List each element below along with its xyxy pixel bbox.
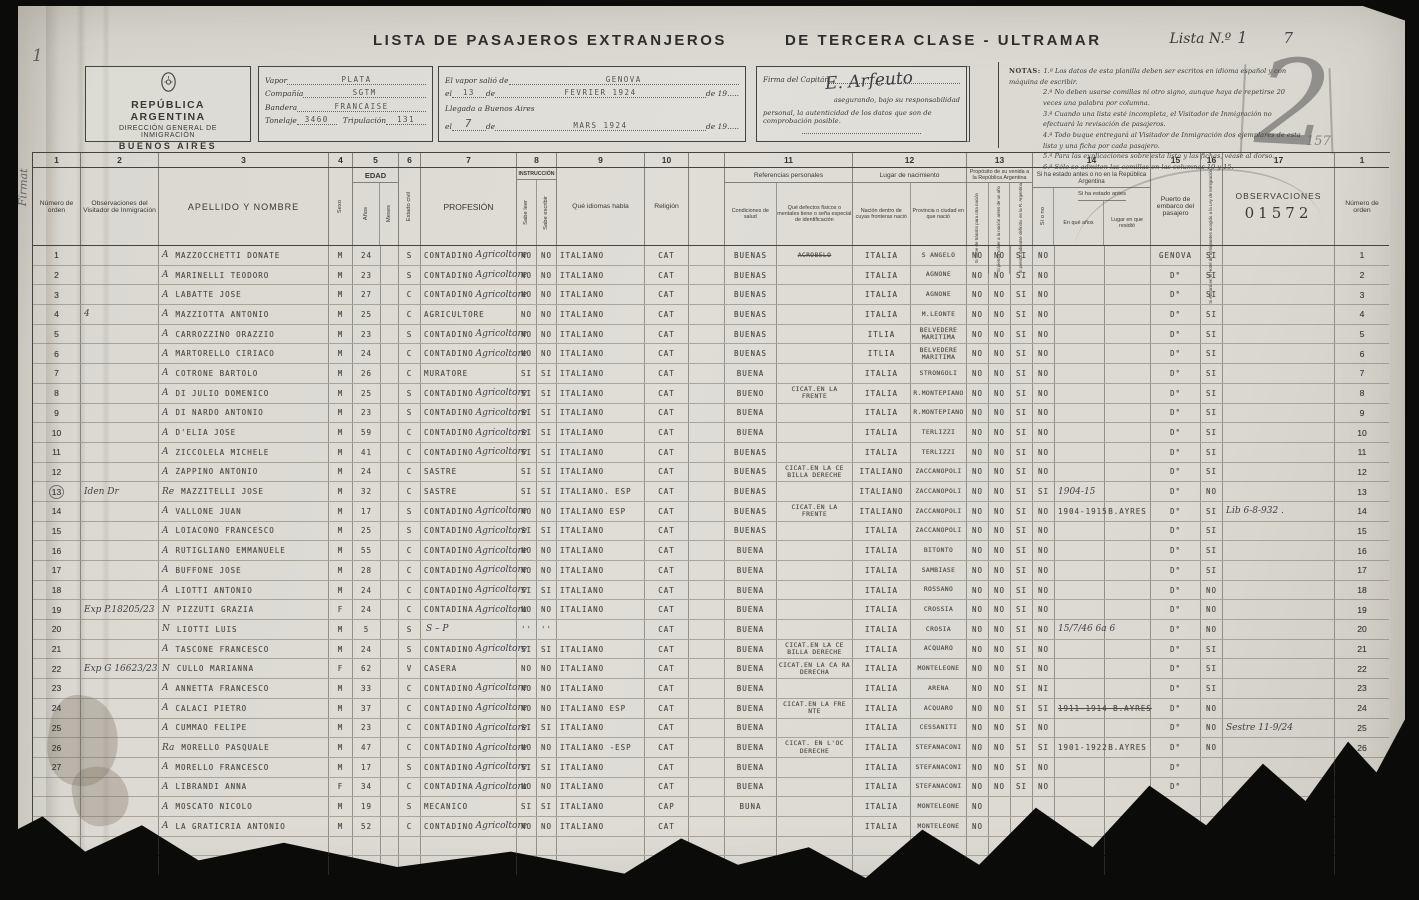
page-title: LISTA DE PASAJEROS EXTRANJEROS DE TERCER… [373, 32, 1102, 49]
cell-order-number-right: 21 [1335, 640, 1389, 659]
cell-can-write: SI [537, 404, 557, 423]
cell-purpose-settle: SI [1011, 384, 1033, 403]
cell-defects [777, 719, 853, 738]
captain-signature-box: Firma del Capitán E. Arfeuto asegurando,… [756, 66, 970, 142]
ship-info-box: VaporPLATA CompañíaSGTM BanderaFRANCAISE… [258, 66, 433, 142]
cell-stay-years: 1901-1922 [1055, 738, 1105, 757]
cell-visitor-observation [81, 620, 159, 639]
cell-health [725, 817, 777, 836]
cell-stayed-before: NO [1033, 620, 1055, 639]
table-row: 5ACARROZZINO ORAZZIOM23SCONTADINOAgricol… [33, 325, 1389, 345]
cell-purpose-settle: SI [1011, 502, 1033, 521]
cell-age-years: 23 [353, 404, 381, 423]
cell-birth-province: STEFANACONI [911, 778, 967, 797]
cell-defects [777, 758, 853, 777]
cell-sex: M [329, 482, 353, 501]
column-number: 3 [159, 153, 329, 167]
cell-order-number-right: 15 [1335, 522, 1389, 541]
table-row: 21ATASCONE FRANCESCOM24SCONTADINOAgricol… [33, 640, 1389, 660]
cell-birth-nation: ITALIA [853, 758, 911, 777]
cell-age-years: 25 [353, 384, 381, 403]
cell-sex: M [329, 620, 353, 639]
cell-embark-port: D° [1151, 699, 1201, 718]
cell-age-years: 41 [353, 443, 381, 462]
cell-order-number: 11 [33, 443, 81, 462]
cell-passenger-name: ADI JULIO DOMENICO [159, 384, 329, 403]
column-number: 10 [645, 153, 689, 167]
cell-stay-years [1055, 384, 1105, 403]
cell-defects [777, 522, 853, 541]
table-row: 15ALOIACONO FRANCESCOM25SCONTADINOAgrico… [33, 522, 1389, 542]
cell-can-write: SI [537, 463, 557, 482]
cell-blank [689, 679, 725, 698]
cell-purpose-settle: SI [1011, 581, 1033, 600]
cell-immigrant-hotel: NO [1201, 600, 1223, 619]
cell-visitor-observation [81, 541, 159, 560]
tripulacion-value: 131 [386, 115, 426, 125]
cell-passenger-name: ADI NARDO ANTONIO [159, 404, 329, 423]
cell-order-number-right: 16 [1335, 541, 1389, 560]
note-line: NOTAS: 1.ª Los datos de esta planilla de… [1009, 66, 1302, 87]
cell-visitor-observation [81, 344, 159, 363]
cell-immigrant-hotel: SI [1201, 541, 1223, 560]
cell-stay-place [1105, 640, 1151, 659]
cell-order-number: 20 [33, 620, 81, 639]
cell-stayed-before: NO [1033, 266, 1055, 285]
cell-birth-province: ZACCANOPOLI [911, 502, 967, 521]
cell-languages: ITALIANO -ESP [557, 738, 645, 757]
cell-passenger-name: NLIOTTI LUIS [159, 620, 329, 639]
cell-age-months [381, 620, 399, 639]
cell-purpose-transit: NO [967, 541, 989, 560]
cell-languages: ITALIANO [557, 797, 645, 816]
cell-visitor-observation [81, 522, 159, 541]
cell-observations [1223, 404, 1335, 423]
header-birth-nation: Nación dentro de cuyas fronteras nació [853, 183, 911, 245]
cell-sex: M [329, 305, 353, 324]
cell-immigrant-hotel: NO [1201, 620, 1223, 639]
cell-purpose-return: NO [989, 364, 1011, 383]
cell-purpose-transit: NO [967, 778, 989, 797]
cell-health: BUENAS [725, 305, 777, 324]
cell-purpose-transit: NO [967, 325, 989, 344]
cell-immigrant-hotel: SI [1201, 423, 1223, 442]
cell-can-write: NO [537, 266, 557, 285]
cell-health: BUENAS [725, 502, 777, 521]
corner-handwritten-mark: 1 [32, 46, 43, 66]
cell-age-years: 62 [353, 659, 381, 678]
cell-purpose-transit: NO [967, 285, 989, 304]
cell-passenger-name: ACUMMAO FELIPE [159, 719, 329, 738]
cell-sex: M [329, 541, 353, 560]
cell-age-months [381, 541, 399, 560]
cell-religion: CAT [645, 738, 689, 757]
header-order-number-right: Número de orden [1335, 168, 1389, 245]
cell-profession: CONTADINAAgricoltora [421, 600, 517, 619]
cell-birth-nation: ITLIA [853, 325, 911, 344]
cell-purpose-transit: NO [967, 482, 989, 501]
cell-purpose-settle: SI [1011, 699, 1033, 718]
cell-profession: CONTADINOAgricoltore [421, 719, 517, 738]
cell-birth-nation: ITALIA [853, 719, 911, 738]
cell-stay-years [1055, 266, 1105, 285]
cell-passenger-name: AMARTORELLO CIRIACO [159, 344, 329, 363]
cell-religion: CAT [645, 522, 689, 541]
header-blank-column [689, 168, 724, 245]
cell-stayed-before: SI [1033, 699, 1055, 718]
departure-month-value: FEVRIER 1924 [495, 88, 706, 98]
cell-stay-years [1055, 600, 1105, 619]
cell-sex: F [329, 778, 353, 797]
cell-observations [1223, 423, 1335, 442]
cell-purpose-settle: SI [1011, 482, 1033, 501]
cell-stayed-before: NO [1033, 502, 1055, 521]
cell-observations [1223, 364, 1335, 383]
cell-civil-status: C [399, 561, 421, 580]
cell-age-months [381, 797, 399, 816]
cell-age-years: 26 [353, 364, 381, 383]
cell-visitor-observation: Iden Dr [81, 482, 159, 501]
cell-can-read: NO [517, 659, 537, 678]
cell-passenger-name: AMORELLO FRANCESCO [159, 758, 329, 777]
cell-order-number: 12 [33, 463, 81, 482]
cell-purpose-transit: NO [967, 620, 989, 639]
cell-embark-port: D° [1151, 305, 1201, 324]
cell-blank [689, 463, 725, 482]
arrival-label: Llegada a Buenos Aires [445, 104, 535, 113]
cell-civil-status: S [399, 246, 421, 265]
table-row: 2AMARINELLI TEODOROM23SCONTADINOAgricolt… [33, 266, 1389, 286]
cell-birth-province: R.MONTEPIANO [911, 404, 967, 423]
cell-languages: ITALIANO [557, 719, 645, 738]
table-body: 1AMAZZOCCHETTI DONATEM24SCONTADINOAgrico… [33, 246, 1390, 876]
cell-health: BUENAS [725, 325, 777, 344]
cell-observations [1223, 679, 1335, 698]
table-row: 8ADI JULIO DOMENICOM25SCONTADINOAgricolt… [33, 384, 1389, 404]
note-item: 2.ª No deben usarse comillas ni otro sig… [1009, 87, 1302, 108]
cell-sex: M [329, 640, 353, 659]
cell-observations: Lib 6-8-932 . [1223, 502, 1335, 521]
cell-stay-years [1055, 758, 1105, 777]
passenger-table: 12345678910111213141516171 Número de ord… [32, 152, 1390, 876]
cell-immigrant-hotel: SI [1201, 522, 1223, 541]
cell-civil-status: S [399, 325, 421, 344]
cell-visitor-observation: 4 [81, 305, 159, 324]
cell-languages: ITALIANO [557, 266, 645, 285]
cell-age-years: 24 [353, 640, 381, 659]
cell-can-write: SI [537, 758, 557, 777]
column-number: 7 [421, 153, 517, 167]
cell-profession: CASERA [421, 659, 517, 678]
cell-purpose-return: NO [989, 659, 1011, 678]
cell-health: BUENA [725, 679, 777, 698]
cell-stay-place [1105, 659, 1151, 678]
cell-stay-years [1055, 561, 1105, 580]
cell-immigrant-hotel: NO [1201, 699, 1223, 718]
cell-purpose-return: NO [989, 443, 1011, 462]
cell-religion: CAT [645, 246, 689, 265]
cell-immigrant-hotel: NO [1201, 738, 1223, 757]
cell-purpose-transit: NO [967, 719, 989, 738]
cell-languages: ITALIANO [557, 443, 645, 462]
cell-blank [689, 384, 725, 403]
table-row: 16ARUTIGLIANO EMMANUELEM55CCONTADINOAgri… [33, 541, 1389, 561]
cell-age-months [381, 581, 399, 600]
margin-handwritten-mark: Firmat [16, 168, 30, 206]
cell-defects [777, 266, 853, 285]
cell-visitor-observation [81, 640, 159, 659]
cell-profession: SASTRE [421, 482, 517, 501]
issuing-agency-box: REPÚBLICA ARGENTINA DIRECCIÓN GENERAL DE… [85, 66, 251, 142]
cell-passenger-name: AZAPPINO ANTONIO [159, 463, 329, 482]
cell-age-months [381, 423, 399, 442]
cell-order-number-right: 4 [1335, 305, 1389, 324]
cell-purpose-transit: NO [967, 305, 989, 324]
cell-languages: ITALIANO [557, 404, 645, 423]
cell-birth-province: R.MONTEPIANO [911, 384, 967, 403]
cell-blank [689, 522, 725, 541]
cell-purpose-transit: NO [967, 522, 989, 541]
cell-embark-port: D° [1151, 423, 1201, 442]
cell-languages: ITALIANO ESP [557, 502, 645, 521]
cell-defects [777, 778, 853, 797]
cell-stayed-before: NO [1033, 246, 1055, 265]
cell-purpose-return [989, 817, 1011, 836]
cell-profession: CONTADINOAgricoltore [421, 404, 517, 423]
cell-purpose-settle: SI [1011, 463, 1033, 482]
cell-purpose-settle: SI [1011, 600, 1033, 619]
cell-age-months [381, 600, 399, 619]
cell-birth-province: MONTELEONE [911, 659, 967, 678]
cell-defects [777, 325, 853, 344]
cell-stay-place [1105, 404, 1151, 423]
cell-civil-status: C [399, 738, 421, 757]
cell-age-months [381, 561, 399, 580]
cell-purpose-settle: SI [1011, 325, 1033, 344]
table-row: 17ABUFFONE JOSEM28CCONTADINOAgricoltoreN… [33, 561, 1389, 581]
cell-order-number-right: 25 [1335, 719, 1389, 738]
cell-can-write: '' [537, 620, 557, 639]
captain-signature-label: Firma del Capitán [763, 75, 829, 84]
cell-passenger-name: RaMORELLO PASQUALE [159, 738, 329, 757]
cell-birth-nation: ITALIA [853, 522, 911, 541]
cell-order-number-right: 10 [1335, 423, 1389, 442]
cell-age-years: 23 [353, 325, 381, 344]
cell-civil-status: C [399, 541, 421, 560]
cell-immigrant-hotel: NO [1201, 719, 1223, 738]
cell-visitor-observation [81, 463, 159, 482]
cell-order-number: 27 [33, 758, 81, 777]
cell-immigrant-hotel: SI [1201, 325, 1223, 344]
cell-visitor-observation [81, 758, 159, 777]
cell-purpose-transit: NO [967, 600, 989, 619]
column-number: 15 [1151, 153, 1201, 167]
cell-visitor-observation [81, 443, 159, 462]
cell-religion: CAT [645, 384, 689, 403]
cell-health: BUENAS [725, 246, 777, 265]
cell-blank [689, 482, 725, 501]
cell-defects [777, 443, 853, 462]
cell-age-years: 32 [353, 482, 381, 501]
cell-sex: M [329, 817, 353, 836]
cell-religion: CAT [645, 719, 689, 738]
cell-birth-nation: ITALIA [853, 738, 911, 757]
cell-religion: CAT [645, 659, 689, 678]
lista-label: Lista N.º [1169, 31, 1231, 47]
cell-visitor-observation [81, 384, 159, 403]
cell-civil-status: C [399, 699, 421, 718]
cell-embark-port: D° [1151, 522, 1201, 541]
cell-languages: ITALIANO ESP [557, 699, 645, 718]
pencil-mark-small: 157 [1306, 134, 1331, 149]
cell-immigrant-hotel: SI [1201, 305, 1223, 324]
header-purpose-group: Propósito de su venida a la República Ar… [967, 168, 1032, 183]
cell-stay-place: B.AYRES [1105, 738, 1151, 757]
cell-defects [777, 404, 853, 423]
cell-purpose-transit: NO [967, 738, 989, 757]
cell-can-write: NO [537, 561, 557, 580]
cell-languages: ITALIANO [557, 463, 645, 482]
column-number: 4 [329, 153, 353, 167]
cell-sex: M [329, 246, 353, 265]
cell-can-write: NO [537, 699, 557, 718]
cell-age-years: 24 [353, 246, 381, 265]
cell-order-number-right: 9 [1335, 404, 1389, 423]
cell-purpose-settle: SI [1011, 679, 1033, 698]
cell-health: BUENAS [725, 344, 777, 363]
cell-defects: CICAT.EN LA FRENTE [777, 502, 853, 521]
cell-profession: CONTADINOAgricoltore [421, 285, 517, 304]
cell-age-years: 17 [353, 502, 381, 521]
cell-health: BUENAS [725, 285, 777, 304]
cell-order-number: 15 [33, 522, 81, 541]
cell-purpose-settle [1011, 797, 1033, 816]
header-visitor-observations: Observaciones del Visitador de Inmigraci… [81, 168, 158, 245]
cell-age-months [381, 305, 399, 324]
cell-health: BUENAS [725, 522, 777, 541]
cell-stayed-before: SI [1033, 482, 1055, 501]
cell-observations [1223, 482, 1335, 501]
header-immigrant-hotel: Si entrará en el Hotel de Inmigrantes ac… [1209, 169, 1214, 304]
cell-age-months [381, 817, 399, 836]
cell-observations [1223, 738, 1335, 757]
cell-birth-province: MONTELEONE [911, 797, 967, 816]
cell-immigrant-hotel: SI [1201, 384, 1223, 403]
table-row: 11AZICCOLELA MICHELEM41CCONTADINOAgricol… [33, 443, 1389, 463]
cell-observations [1223, 620, 1335, 639]
cell-order-number-right: 23 [1335, 679, 1389, 698]
cell-visitor-observation [81, 699, 159, 718]
cell-languages: ITALIANO [557, 758, 645, 777]
cell-age-months [381, 659, 399, 678]
cell-profession [421, 837, 517, 856]
cell-order-number-right: 8 [1335, 384, 1389, 403]
cell-visitor-observation [81, 246, 159, 265]
cell-profession: CONTADINAAgricoltora [421, 778, 517, 797]
cell-age-months [381, 266, 399, 285]
cell-embark-port: D° [1151, 640, 1201, 659]
cell-order-number: 5 [33, 325, 81, 344]
cell-purpose-settle: SI [1011, 522, 1033, 541]
cell-stay-years [1055, 778, 1105, 797]
cell-age-years: 27 [353, 285, 381, 304]
cell-passenger-name: ALA GRATICRIA ANTONIO [159, 817, 329, 836]
cell-can-write: NO [537, 325, 557, 344]
cell-can-read: SI [517, 364, 537, 383]
cell-purpose-return: NO [989, 679, 1011, 698]
cell-defects [777, 561, 853, 580]
arrival-day-value: 7 [452, 117, 486, 131]
cell-can-write: NO [537, 600, 557, 619]
cell-immigrant-hotel: SI [1201, 404, 1223, 423]
cell-purpose-return: NO [989, 699, 1011, 718]
cell-health: BUENA [725, 423, 777, 442]
cell-purpose-return: NO [989, 561, 1011, 580]
serial-number-stamp: 01572 [1245, 204, 1313, 222]
table-row: 24ACALACI PIETROM37CCONTADINOAgricoltore… [33, 699, 1389, 719]
cell-visitor-observation [81, 364, 159, 383]
de-label: de [486, 122, 495, 131]
cell-religion: CAT [645, 778, 689, 797]
cell-age-months [381, 463, 399, 482]
cell-health: BUNA [725, 797, 777, 816]
cell-stay-place [1105, 443, 1151, 462]
cell-visitor-observation [81, 837, 159, 856]
cell-defects [777, 541, 853, 560]
cell-observations [1223, 443, 1335, 462]
cell-stay-place [1105, 463, 1151, 482]
cell-languages: ITALIANO [557, 679, 645, 698]
cell-purpose-return: NO [989, 758, 1011, 777]
cell-religion: CAT [645, 817, 689, 836]
cell-age-months [381, 246, 399, 265]
cell-visitor-observation [81, 738, 159, 757]
cell-can-read: SI [517, 463, 537, 482]
cell-age-years: 25 [353, 522, 381, 541]
cell-civil-status: C [399, 600, 421, 619]
cell-immigrant-hotel: SI [1201, 463, 1223, 482]
cell-languages: ITALIANO [557, 522, 645, 541]
cell-observations [1223, 778, 1335, 797]
cell-health [725, 837, 777, 856]
cell-birth-province: CROSIA [911, 620, 967, 639]
cell-sex: M [329, 758, 353, 777]
cell-age-years: 23 [353, 719, 381, 738]
cell-observations [1223, 561, 1335, 580]
cell-profession: CONTADINOAgricoltore [421, 679, 517, 698]
cell-purpose-transit: NO [967, 640, 989, 659]
cell-purpose-return: NO [989, 738, 1011, 757]
cell-birth-nation: ITALIA [853, 266, 911, 285]
cell-profession: CONTADINOAgricoltore [421, 817, 517, 836]
cell-embark-port: D° [1151, 384, 1201, 403]
cell-religion: CAT [645, 620, 689, 639]
cell-order-number-right: 3 [1335, 285, 1389, 304]
cell-profession: SASTRE [421, 463, 517, 482]
cell-embark-port: D° [1151, 364, 1201, 383]
header-instruction-group: INSTRUCCIÓN [517, 168, 556, 180]
cell-stay-place [1105, 384, 1151, 403]
cell-birth-province: ARENA [911, 679, 967, 698]
cell-stay-years [1055, 837, 1105, 856]
cell-embark-port: D° [1151, 502, 1201, 521]
cell-age-years: 55 [353, 541, 381, 560]
column-number: 9 [557, 153, 645, 167]
cell-blank [689, 817, 725, 836]
header-purpose-return: Si piensa volver a la nación antes de un… [997, 186, 1002, 272]
cell-age-months [381, 778, 399, 797]
cell-passenger-name: ALOIACONO FRANCESCO [159, 522, 329, 541]
